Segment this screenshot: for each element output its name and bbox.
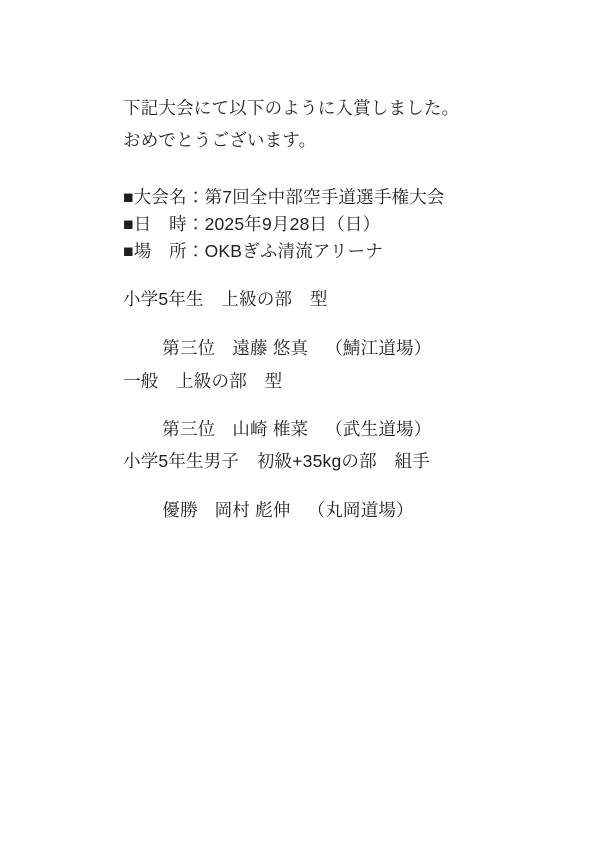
result-category: 小学5年生 上級の部 型 — [123, 288, 328, 310]
result-category: 小学5年生男子 初級+35kgの部 組手 — [123, 450, 430, 472]
athlete-name: 遠藤 悠真 — [232, 338, 308, 358]
award-rank: 優勝 — [162, 500, 197, 520]
dojo-name: （丸岡道場） — [308, 500, 414, 520]
document-page: 下記大会にて以下のように入賞しました。 おめでとうございます。 ■大会名：第7回… — [0, 0, 595, 842]
result-category: 一般 上級の部 型 — [123, 370, 282, 392]
athlete-name: 山崎 椎菜 — [232, 419, 308, 439]
award-rank: 第三位 — [162, 419, 215, 439]
congrats-line: おめでとうございます。 — [123, 129, 316, 151]
award-rank: 第三位 — [162, 338, 215, 358]
event-date-line: ■日 時：2025年9月28日（日） — [123, 213, 380, 235]
result-line: 優勝岡村 彪伸（丸岡道場） — [142, 477, 414, 543]
event-venue-line: ■場 所：OKBぎふ清流アリーナ — [123, 240, 383, 262]
dojo-name: （鯖江道場） — [325, 338, 431, 358]
intro-line: 下記大会にて以下のように入賞しました。 — [123, 97, 459, 119]
athlete-name: 岡村 彪伸 — [215, 500, 291, 520]
event-name-line: ■大会名：第7回全中部空手道選手権大会 — [123, 186, 445, 208]
dojo-name: （武生道場） — [325, 419, 431, 439]
